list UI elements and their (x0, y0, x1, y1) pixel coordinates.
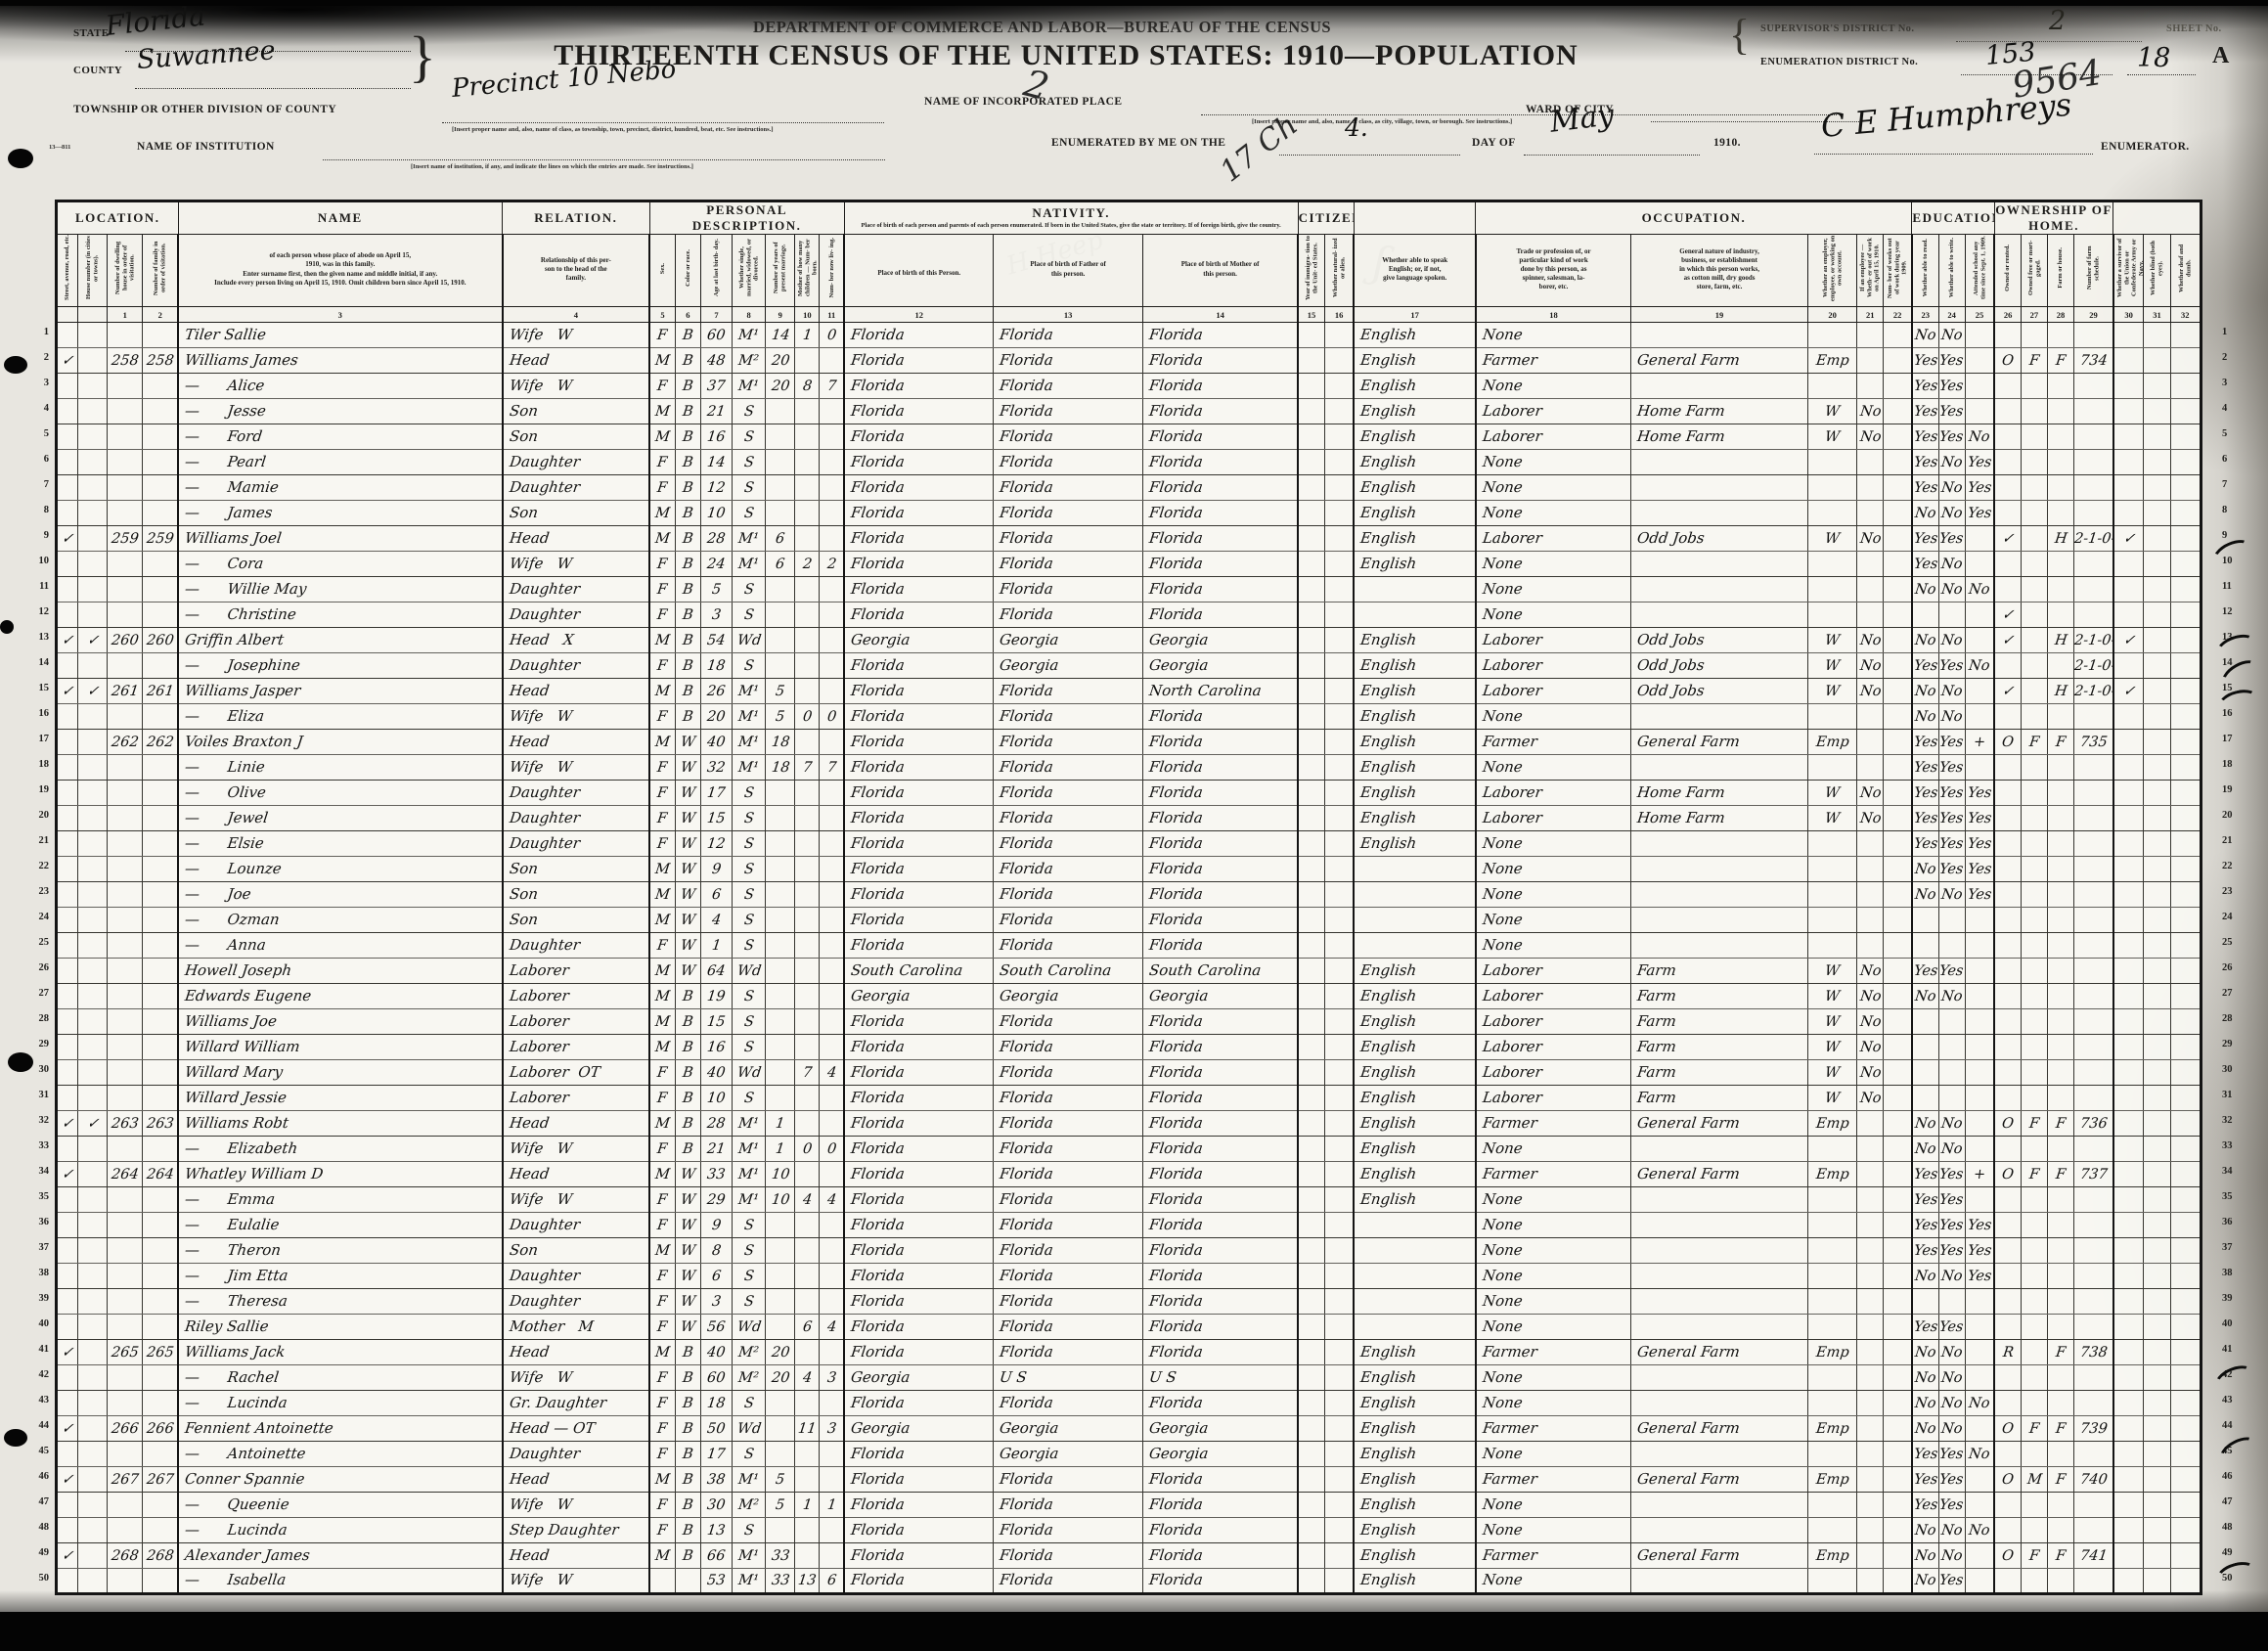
cell: S (733, 1009, 766, 1035)
cell (143, 1289, 178, 1315)
cell (1884, 857, 1912, 882)
cell: F (649, 374, 675, 399)
cell (795, 781, 820, 806)
cell (1631, 475, 1808, 501)
cell: 20 (766, 374, 795, 399)
row-number: 40 (25, 1312, 49, 1337)
cell (2144, 399, 2170, 424)
cell: 5 (766, 1467, 795, 1493)
cell (1884, 1416, 1912, 1442)
cell (57, 704, 78, 730)
cell (2144, 1137, 2170, 1162)
row-number: 24 (25, 905, 49, 930)
cell (1857, 1162, 1884, 1187)
cell: Farm (1631, 984, 1808, 1009)
cell (2113, 806, 2144, 831)
cell: Farmer (1476, 1111, 1631, 1137)
row-number: 14 (25, 650, 49, 676)
person-row: — LucindaGr. DaughterFB18SFloridaFlorida… (57, 1391, 2201, 1416)
cell (2113, 1086, 2144, 1111)
cell: S (733, 602, 766, 628)
cell: 2-1-0-0 (2074, 679, 2113, 704)
cell (2047, 1493, 2073, 1518)
cell: Yes (1965, 501, 1994, 526)
cell (1807, 933, 1856, 959)
column-number: 24 (1938, 307, 1965, 323)
cell (2021, 450, 2047, 475)
cell (1631, 1187, 1808, 1213)
cell: Emp (1807, 730, 1856, 755)
cell: B (675, 1086, 700, 1111)
cell (2021, 1213, 2047, 1238)
cell (820, 450, 844, 475)
column-label: Sex. (649, 235, 675, 307)
cell: F (649, 755, 675, 781)
cell: Farmer (1476, 1340, 1631, 1365)
row-number: 22 (25, 854, 49, 879)
cell: No (1938, 1340, 1965, 1365)
cell: Head (503, 1111, 650, 1137)
cell: Florida (994, 1187, 1143, 1213)
cell: Laborer (503, 1086, 650, 1111)
cell: 741 (2074, 1543, 2113, 1569)
cell (108, 857, 143, 882)
cell (143, 323, 178, 348)
cell: None (1476, 1493, 1631, 1518)
row-number: 3 (25, 371, 49, 396)
cell (2021, 1518, 2047, 1543)
cell (2047, 602, 2073, 628)
cell (1994, 1137, 2021, 1162)
cell: English (1354, 1162, 1476, 1187)
person-row: Howell JosephLaborerMW64WdSouth Carolina… (57, 959, 2201, 984)
cell: 262 (143, 730, 178, 755)
cell: S (733, 831, 766, 857)
cell: English (1354, 1518, 1476, 1543)
cell: M¹ (733, 704, 766, 730)
cell: S (733, 399, 766, 424)
cell (1965, 348, 1994, 374)
cell: Florida (1142, 1315, 1298, 1340)
cell (2021, 653, 2047, 679)
cell (1994, 1518, 2021, 1543)
cell (1631, 1264, 1808, 1289)
cell (820, 1391, 844, 1416)
column-number: 27 (2021, 307, 2047, 323)
cell: Florida (844, 577, 994, 602)
cell (1298, 1315, 1324, 1340)
cell: 15 (700, 806, 732, 831)
cell (2113, 1289, 2144, 1315)
cell: None (1476, 1391, 1631, 1416)
cell: Florida (844, 730, 994, 755)
cell: W (1807, 806, 1856, 831)
person-row: Riley SallieMother MFW56Wd64FloridaFlori… (57, 1315, 2201, 1340)
cell: 20 (766, 348, 795, 374)
cell (143, 653, 178, 679)
cell (1884, 1543, 1912, 1569)
cell (2113, 781, 2144, 806)
cell: Georgia (1142, 1416, 1298, 1442)
cell (766, 806, 795, 831)
cell (78, 1518, 108, 1543)
cell: Emp (1807, 1467, 1856, 1493)
cell (143, 475, 178, 501)
cell: English (1354, 653, 1476, 679)
row-number: 47 (25, 1490, 49, 1515)
cell: O (1994, 1111, 2021, 1137)
cell (2170, 501, 2201, 526)
cell (1324, 374, 1354, 399)
state-value: Florida (104, 0, 206, 42)
cell: W (675, 959, 700, 984)
cell (57, 755, 78, 781)
cell: Florida (844, 475, 994, 501)
cell (78, 577, 108, 602)
cell: Florida (844, 1493, 994, 1518)
cell (1965, 1416, 1994, 1442)
cell: 50 (700, 1416, 732, 1442)
cell (1631, 552, 1808, 577)
cell (2021, 1264, 2047, 1289)
cell (1994, 1187, 2021, 1213)
cell: — Eliza (178, 704, 502, 730)
cell (1324, 1060, 1354, 1086)
cell (1857, 450, 1884, 475)
cell: Florida (844, 933, 994, 959)
cell: English (1354, 628, 1476, 653)
cell (2144, 552, 2170, 577)
cell (2074, 1264, 2113, 1289)
cell (108, 1238, 143, 1264)
cell (1298, 577, 1324, 602)
cell (1324, 679, 1354, 704)
cell: No (1938, 450, 1965, 475)
row-number: 17 (2222, 727, 2249, 752)
cell: Florida (994, 1086, 1143, 1111)
cell (820, 984, 844, 1009)
cell: Yes (1938, 755, 1965, 781)
cell (1857, 1569, 1884, 1594)
cell: + (1965, 1162, 1994, 1187)
cell: W (1807, 1060, 1856, 1086)
cell: Head (503, 730, 650, 755)
column-label: Whether deaf and dumb. (2170, 235, 2201, 307)
cell: F (649, 1137, 675, 1162)
cell (1324, 323, 1354, 348)
cell: Emp (1807, 1543, 1856, 1569)
cell: M¹ (733, 730, 766, 755)
cell: Florida (844, 374, 994, 399)
person-row: — JewelDaughterFW15SFloridaFloridaFlorid… (57, 806, 2201, 831)
cell: English (1354, 1086, 1476, 1111)
cell: Laborer (1476, 806, 1631, 831)
cell (57, 424, 78, 450)
cell: W (675, 781, 700, 806)
column-number: 7 (700, 307, 732, 323)
cell (795, 882, 820, 908)
cell (2113, 933, 2144, 959)
column-label: Whether able to read. (1912, 235, 1938, 307)
cell: Howell Joseph (178, 959, 502, 984)
person-row: — FordSonMB16SFloridaFloridaFloridaEngli… (57, 424, 2201, 450)
cell (1912, 908, 1938, 933)
column-label: Relationship of this per- son to the hea… (503, 235, 650, 307)
cell (2144, 730, 2170, 755)
cell (2170, 1391, 2201, 1416)
cell: No (1938, 882, 1965, 908)
cell: Florida (1142, 1009, 1298, 1035)
cell (1994, 1060, 2021, 1086)
cell (108, 424, 143, 450)
cell (2074, 1315, 2113, 1340)
cell (1994, 501, 2021, 526)
cell: ✓ (57, 1416, 78, 1442)
cell: Florida (994, 424, 1143, 450)
cell (2170, 1238, 2201, 1264)
cell (57, 1086, 78, 1111)
cell: English (1354, 1467, 1476, 1493)
cell: 735 (2074, 730, 2113, 755)
column-label: Number of farm schedule. (2074, 235, 2113, 307)
cell (1324, 1162, 1354, 1187)
cell (2113, 1416, 2144, 1442)
cell (2074, 1238, 2113, 1264)
cell (1965, 374, 1994, 399)
cell: English (1354, 959, 1476, 984)
cell (1298, 602, 1324, 628)
cell (766, 1086, 795, 1111)
cell (1631, 374, 1808, 399)
cell (1807, 1289, 1856, 1315)
cell (2021, 781, 2047, 806)
cell: Daughter (503, 1264, 650, 1289)
cell (795, 959, 820, 984)
row-number: 7 (2222, 472, 2249, 498)
row-numbers-left: 1234567891011121314151617181920212223242… (25, 320, 49, 1591)
cell (1994, 1213, 2021, 1238)
cell (1965, 1086, 1994, 1111)
cell (57, 806, 78, 831)
cell: Wd (733, 959, 766, 984)
cell: 266 (108, 1416, 143, 1442)
cell (1807, 908, 1856, 933)
cell (766, 577, 795, 602)
cell (795, 1009, 820, 1035)
cell: No (1965, 653, 1994, 679)
cell (108, 602, 143, 628)
cell: Florida (1142, 857, 1298, 882)
cell: Florida (844, 526, 994, 552)
cell: M¹ (733, 755, 766, 781)
cell: 10 (766, 1187, 795, 1213)
cell (78, 602, 108, 628)
cell (2144, 1569, 2170, 1594)
column-label: Attended school any time since Sept. 1, … (1965, 235, 1994, 307)
cell (2047, 1569, 2073, 1594)
cell (1884, 1060, 1912, 1086)
cell: 60 (700, 1365, 732, 1391)
cell: Florida (994, 1111, 1143, 1137)
cell (2113, 1569, 2144, 1594)
column-number: 1 (108, 307, 143, 323)
cell: 738 (2074, 1340, 2113, 1365)
cell (1994, 653, 2021, 679)
cell (108, 1315, 143, 1340)
person-row: — LucindaStep DaughterFB13SFloridaFlorid… (57, 1518, 2201, 1543)
cell (57, 602, 78, 628)
cell: B (675, 1518, 700, 1543)
cell (143, 424, 178, 450)
cell: No (1965, 1391, 1994, 1416)
cell (2047, 1264, 2073, 1289)
column-group: NAME (178, 201, 502, 235)
cell (2144, 755, 2170, 781)
cell (1324, 908, 1354, 933)
cell: M (649, 857, 675, 882)
cell (1324, 730, 1354, 755)
cell: No (1938, 704, 1965, 730)
cell (78, 1467, 108, 1493)
cell: M (649, 1035, 675, 1060)
cell: F (2047, 1416, 2073, 1442)
cell: No (1912, 1416, 1938, 1442)
cell (2144, 1518, 2170, 1543)
cell (1994, 1238, 2021, 1264)
cell (1912, 1060, 1938, 1086)
cell (1807, 1518, 1856, 1543)
cell (2113, 374, 2144, 399)
cell (1324, 1391, 1354, 1416)
cell: Florida (844, 908, 994, 933)
cell (795, 399, 820, 424)
cell (2074, 831, 2113, 857)
column-label: Whether able to write. (1938, 235, 1965, 307)
cell: B (675, 1365, 700, 1391)
cell (1994, 1569, 2021, 1594)
cell (2074, 857, 2113, 882)
cell: F (2021, 348, 2047, 374)
cell: Laborer (503, 984, 650, 1009)
cell (108, 1442, 143, 1467)
cell (1857, 1467, 1884, 1493)
cell (820, 577, 844, 602)
cell: Georgia (1142, 628, 1298, 653)
cell: Florida (1142, 806, 1298, 831)
enumerated-year: 1910. (1713, 137, 1741, 149)
cell (2144, 450, 2170, 475)
cell (1354, 1238, 1476, 1264)
cell (1857, 755, 1884, 781)
cell (2170, 1315, 2201, 1340)
cell: Florida (844, 424, 994, 450)
cell: Florida (1142, 552, 1298, 577)
cell (78, 1035, 108, 1060)
cell: Florida (1142, 1035, 1298, 1060)
cell (1324, 424, 1354, 450)
cell: Mother M (503, 1315, 650, 1340)
cell: Yes (1938, 526, 1965, 552)
cell: Florida (844, 781, 994, 806)
cell: Florida (994, 526, 1143, 552)
cell (2021, 1493, 2047, 1518)
cell: Daughter (503, 577, 650, 602)
cell: Wife W (503, 374, 650, 399)
cell (78, 781, 108, 806)
cell: — Linie (178, 755, 502, 781)
cell: Williams Jack (178, 1340, 502, 1365)
cell: F (2021, 1111, 2047, 1137)
cell: Florida (994, 1238, 1143, 1264)
cell: Willard Mary (178, 1060, 502, 1086)
cell (1994, 552, 2021, 577)
cell (820, 933, 844, 959)
cell (78, 1213, 108, 1238)
cell (57, 882, 78, 908)
cell: Farmer (1476, 1543, 1631, 1569)
cell: Florida (1142, 1289, 1298, 1315)
cell: F (2047, 1162, 2073, 1187)
cell (2047, 1238, 2073, 1264)
cell (143, 552, 178, 577)
cell (1938, 1289, 1965, 1315)
column-number: 14 (1142, 307, 1298, 323)
cell (2144, 806, 2170, 831)
cell (1298, 323, 1324, 348)
cell (78, 1365, 108, 1391)
cell (2113, 730, 2144, 755)
cell: S (733, 653, 766, 679)
cell: B (675, 1493, 700, 1518)
hole-punch (8, 1052, 33, 1072)
cell: Head (503, 1340, 650, 1365)
cell: Florida (1142, 755, 1298, 781)
cell: Florida (1142, 1518, 1298, 1543)
cell (1965, 399, 1994, 424)
cell (78, 348, 108, 374)
cell (1631, 1289, 1808, 1315)
cell (1965, 959, 1994, 984)
column-group: CITIZENSHIP. (1298, 201, 1354, 235)
cell (1324, 348, 1354, 374)
cell: No (1857, 806, 1884, 831)
cell (1884, 577, 1912, 602)
cell (1298, 1238, 1324, 1264)
cell: — Isabella (178, 1569, 502, 1594)
cell (57, 908, 78, 933)
cell: F (2021, 1543, 2047, 1569)
cell (2144, 1264, 2170, 1289)
cell: 26 (700, 679, 732, 704)
cell (2021, 374, 2047, 399)
row-number: 26 (2222, 956, 2249, 981)
cell (2144, 653, 2170, 679)
cell (108, 831, 143, 857)
cell: F (649, 1289, 675, 1315)
cell: English (1354, 501, 1476, 526)
cell: Yes (1912, 831, 1938, 857)
cell (1938, 1060, 1965, 1086)
cell (143, 1493, 178, 1518)
cell (1857, 882, 1884, 908)
cell (820, 1467, 844, 1493)
cell (2170, 959, 2201, 984)
cell: 37 (700, 374, 732, 399)
cell (2074, 1213, 2113, 1238)
cell (2170, 1569, 2201, 1594)
cell (1298, 1086, 1324, 1111)
cell: Daughter (503, 806, 650, 831)
